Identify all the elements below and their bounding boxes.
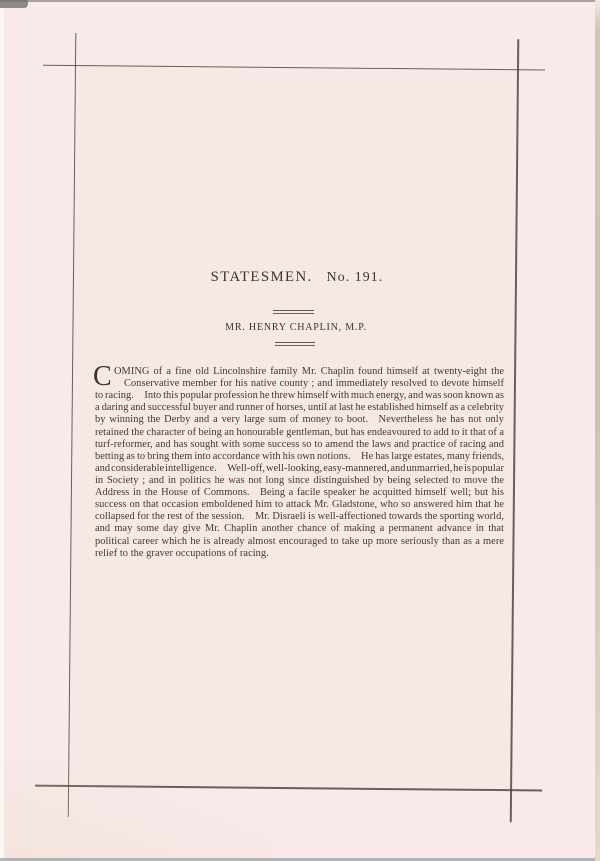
article-line-text: and may some day give Mr. Chaplin anothe… (95, 523, 504, 534)
article-line: and considerable intelligence. Well-off,… (95, 463, 504, 475)
article-line-text: to racing. Into this popular profession … (95, 390, 504, 401)
frame-line-left (67, 33, 76, 817)
issue-number: No. 191. (327, 269, 384, 284)
article-line: betting as to bring them into accordance… (95, 451, 504, 463)
article-line: a daring and successful buyer and runner… (95, 402, 504, 414)
article-line-text: Conservative member for his native count… (124, 378, 504, 389)
scan-edge-right (595, 0, 600, 861)
article-body: C OMING of a fine old Lincolnshire famil… (95, 366, 504, 560)
article-line-text: in Society ; and in politics he was not … (95, 475, 504, 486)
article-title: MR. HENRY CHAPLIN, M.P. (0, 322, 592, 333)
article-line-text: success on that occasion emboldened him … (95, 499, 504, 510)
article-line: by winning the Derby and a very large su… (95, 414, 504, 426)
article-line-text: OMING of a fine old Lincolnshire family … (114, 366, 504, 377)
masthead: STATESMEN.No. 191. (0, 268, 594, 286)
article-line: in Society ; and in politics he was not … (95, 475, 504, 487)
article-line-text: by winning the Derby and a very large su… (95, 414, 504, 425)
article-line: collapsed for the rest of the session. M… (95, 511, 504, 523)
article-line-text: Address in the House of Commons. Being a… (95, 487, 504, 498)
article-line: Conservative member for his native count… (95, 378, 504, 390)
article-line-text: and considerable intelligence. Well-off,… (95, 463, 504, 474)
article-line-text: a daring and successful buyer and runner… (95, 402, 504, 413)
frame-line-right (510, 39, 519, 822)
article-line-text: retained the character of being an honou… (95, 427, 504, 438)
article-line: relief to the graver occupations of raci… (95, 548, 504, 560)
scan-edge-left (0, 0, 4, 861)
masthead-title: STATESMEN. (211, 269, 313, 285)
frame-line-top (43, 64, 545, 70)
drop-cap: C (93, 366, 112, 387)
scan-shading-bottom-left (0, 758, 270, 861)
article-line: political career which he is already alm… (95, 536, 504, 548)
section-divider-top (273, 310, 314, 314)
scan-edge-top (0, 0, 600, 2)
article-line: OMING of a fine old Lincolnshire family … (95, 366, 504, 378)
article-line-text: turf-reformer, and has sought with some … (95, 439, 504, 450)
article-line-text: political career which he is already alm… (95, 536, 504, 547)
article-line: Address in the House of Commons. Being a… (95, 487, 504, 499)
scan-edge-top-left (0, 0, 28, 8)
article-line: to racing. Into this popular profession … (95, 390, 504, 402)
article-line: and may some day give Mr. Chaplin anothe… (95, 523, 504, 535)
article-line-text: collapsed for the rest of the session. M… (95, 511, 504, 522)
section-divider-bottom (275, 342, 315, 346)
article-line-text: relief to the graver occupations of raci… (95, 548, 269, 559)
scanned-page: STATESMEN.No. 191. MR. HENRY CHAPLIN, M.… (0, 0, 600, 861)
article-line-text: betting as to bring them into accordance… (95, 451, 504, 462)
article-line: retained the character of being an honou… (95, 427, 504, 439)
article-line: turf-reformer, and has sought with some … (95, 439, 504, 451)
article-line: success on that occasion emboldened him … (95, 499, 504, 511)
